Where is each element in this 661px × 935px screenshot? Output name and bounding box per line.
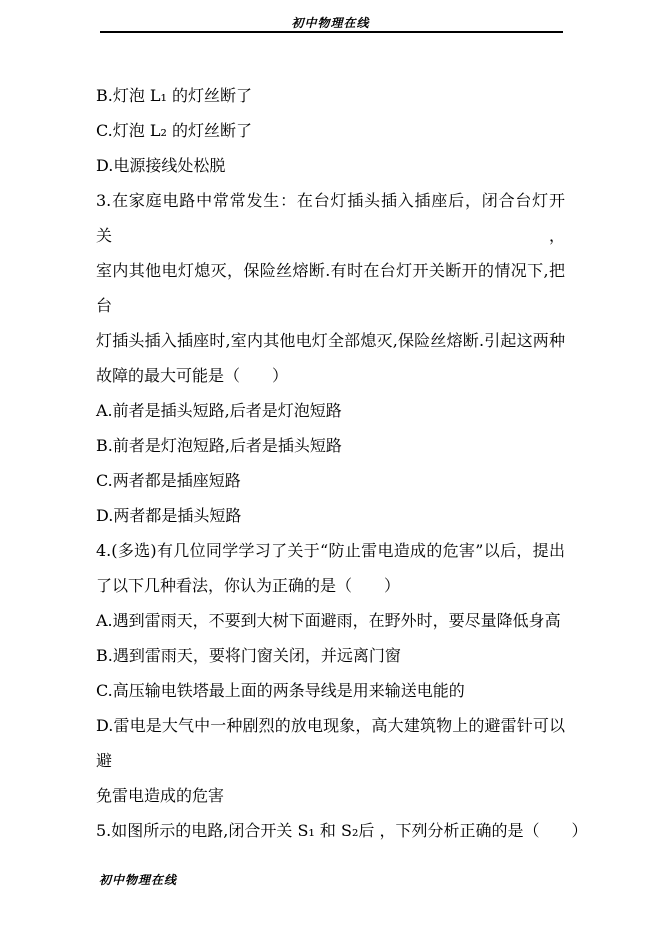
question4-option-b: B.遇到雷雨天，要将门窗关闭，并远离门窗: [96, 638, 565, 673]
question4-option-d-line1: D.雷电是大气中一种剧烈的放电现象，高大建筑物上的避雷针可以避: [96, 708, 565, 778]
question4-option-d-line2: 免雷电造成的危害: [96, 778, 565, 813]
question3-option-c: C.两者都是插座短路: [96, 463, 565, 498]
page-header-title: 初中物理在线: [0, 14, 661, 31]
question2-option-b: B.灯泡 L₁ 的灯丝断了: [96, 78, 565, 113]
header-divider-rule: [100, 31, 563, 33]
page-footer-title: 初中物理在线: [99, 871, 177, 888]
question3-text-line1: 3.在家庭电路中常常发生：在台灯插头插入插座后，闭合台灯开关，: [96, 183, 565, 253]
question3-text-line3: 灯插头插入插座时,室内其他电灯全部熄灭,保险丝熔断.引起这两种: [96, 323, 565, 358]
question2-option-c: C.灯泡 L₂ 的灯丝断了: [96, 113, 565, 148]
document-page: 初中物理在线 B.灯泡 L₁ 的灯丝断了 C.灯泡 L₂ 的灯丝断了 D.电源接…: [0, 0, 661, 935]
question3-option-b: B.前者是灯泡短路,后者是插头短路: [96, 428, 565, 463]
question3-text-line4: 故障的最大可能是（ ）: [96, 358, 565, 393]
question3-option-d: D.两者都是插头短路: [96, 498, 565, 533]
question5-text: 5.如图所示的电路,闭合开关 S₁ 和 S₂后 ，下列分析正确的是（ ）: [96, 813, 565, 848]
question3-option-a: A.前者是插头短路,后者是灯泡短路: [96, 393, 565, 428]
question3-text-line2: 室内其他电灯熄灭，保险丝熔断.有时在台灯开关断开的情况下,把台: [96, 253, 565, 323]
document-body: B.灯泡 L₁ 的灯丝断了 C.灯泡 L₂ 的灯丝断了 D.电源接线处松脱 3.…: [96, 78, 565, 848]
question4-text-line2: 了以下几种看法，你认为正确的是（ ）: [96, 568, 565, 603]
question4-option-c: C.高压输电铁塔最上面的两条导线是用来输送电能的: [96, 673, 565, 708]
question2-option-d: D.电源接线处松脱: [96, 148, 565, 183]
question4-text-line1: 4.(多选)有几位同学学习了关于“防止雷电造成的危害”以后，提出: [96, 533, 565, 568]
question4-option-a: A.遇到雷雨天，不要到大树下面避雨，在野外时，要尽量降低身高: [96, 603, 565, 638]
